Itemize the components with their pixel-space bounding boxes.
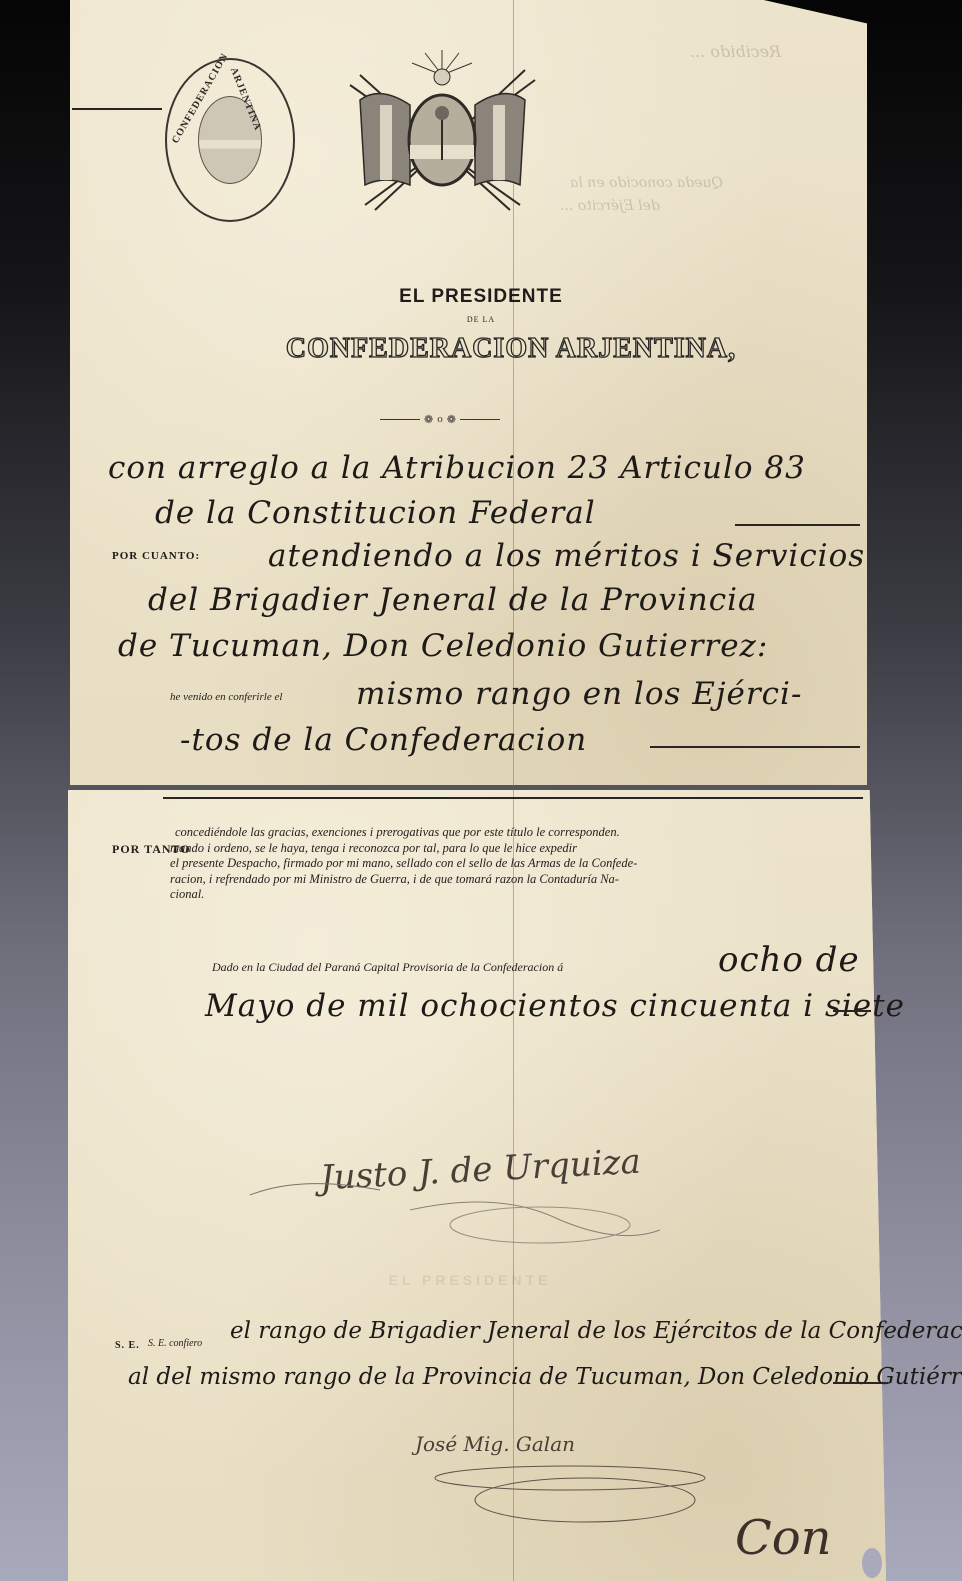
dated-handwritten-2: Mayo de mil ochocientos cincuenta i siet… [205,988,905,1024]
fill-rule-1 [735,524,860,526]
handwritten-line-3: atendiendo a los méritos i Servicios [268,538,865,574]
printed-body-line-5: cional. [170,887,860,903]
bottom-script-con: Con [735,1510,832,1566]
ornament-line-left [380,419,420,420]
printed-body-line-1: concediéndole las gracias, exenciones i … [170,825,860,841]
ornament-flourish-icon: ❁ [424,413,433,426]
left-margin-rule [72,108,162,110]
printed-body-line-2: mando i ordeno, se le haya, tenga i reco… [170,841,860,857]
por-cuanto-label: POR CUANTO: [112,550,200,562]
fill-rule-4 [833,1382,888,1384]
minister-flourish-icon [420,1460,720,1540]
ornament-center: o [437,413,443,425]
ornament-flourish-icon: ❁ [447,413,456,426]
handwritten-line-5: de Tucuman, Don Celedonio Gutierrez: [118,628,768,664]
bleed-through-text-2: del Ejército ... [560,198,660,214]
dated-printed-text: Dado en la Ciudad del Paraná Capital Pro… [212,960,563,975]
dated-handwritten-1: ocho de [718,940,860,980]
handwritten-line-2: de la Constitucion Federal [155,495,596,531]
bleed-through-text-top: Recibido ... [690,42,781,61]
fill-rule-2 [650,746,860,748]
he-venido-label: he venido en conferirle el [170,691,282,703]
signature-flourish-icon [240,1170,670,1250]
endorsement-prefix: S. E. confiero [148,1338,202,1349]
printed-body-line-4: racion, i refrendado por mi Ministro de … [170,872,860,888]
handwritten-line-7: -tos de la Confederacion [180,722,587,758]
endorsement-prefix-se: S. E. [115,1340,140,1351]
handwritten-line-6: mismo rango en los Ejérci- [356,676,802,712]
heading-confederacion-arjentina: CONFEDERACION ARJENTINA, [0,333,962,365]
printed-body-line-3: el presente Despacho, firmado por mi man… [170,856,860,872]
endorsement-line-2: al del mismo rango de la Provincia de Tu… [128,1364,962,1390]
faint-stamp: EL PRESIDENTE [240,1272,700,1288]
signature-minister: José Mig. Galan [415,1432,575,1456]
heading-el-presidente: EL PRESIDENTE [0,286,962,308]
section-rule [163,797,863,799]
argentine-coat-of-arms-with-flags-icon [340,45,545,215]
paper-hole [862,1548,882,1578]
handwritten-line-1: con arreglo a la Atribucion 23 Articulo … [108,450,806,486]
fill-rule-3 [833,1010,871,1012]
confederation-seal [165,58,295,222]
handwritten-line-4: del Brigadier Jeneral de la Provincia [148,582,758,618]
printed-body-paragraph: concediéndole las gracias, exenciones i … [170,825,860,903]
bleed-through-text-1: Queda conocido en la [570,175,723,191]
ornament-line-right [460,419,500,420]
ornament-divider: ❁ o ❁ [380,412,500,426]
heading-de-la: DE LA [0,315,962,324]
por-tanto-label: POR TANTO [112,842,191,858]
endorsement-line-1: el rango de Brigadier Jeneral de los Ejé… [230,1318,962,1344]
